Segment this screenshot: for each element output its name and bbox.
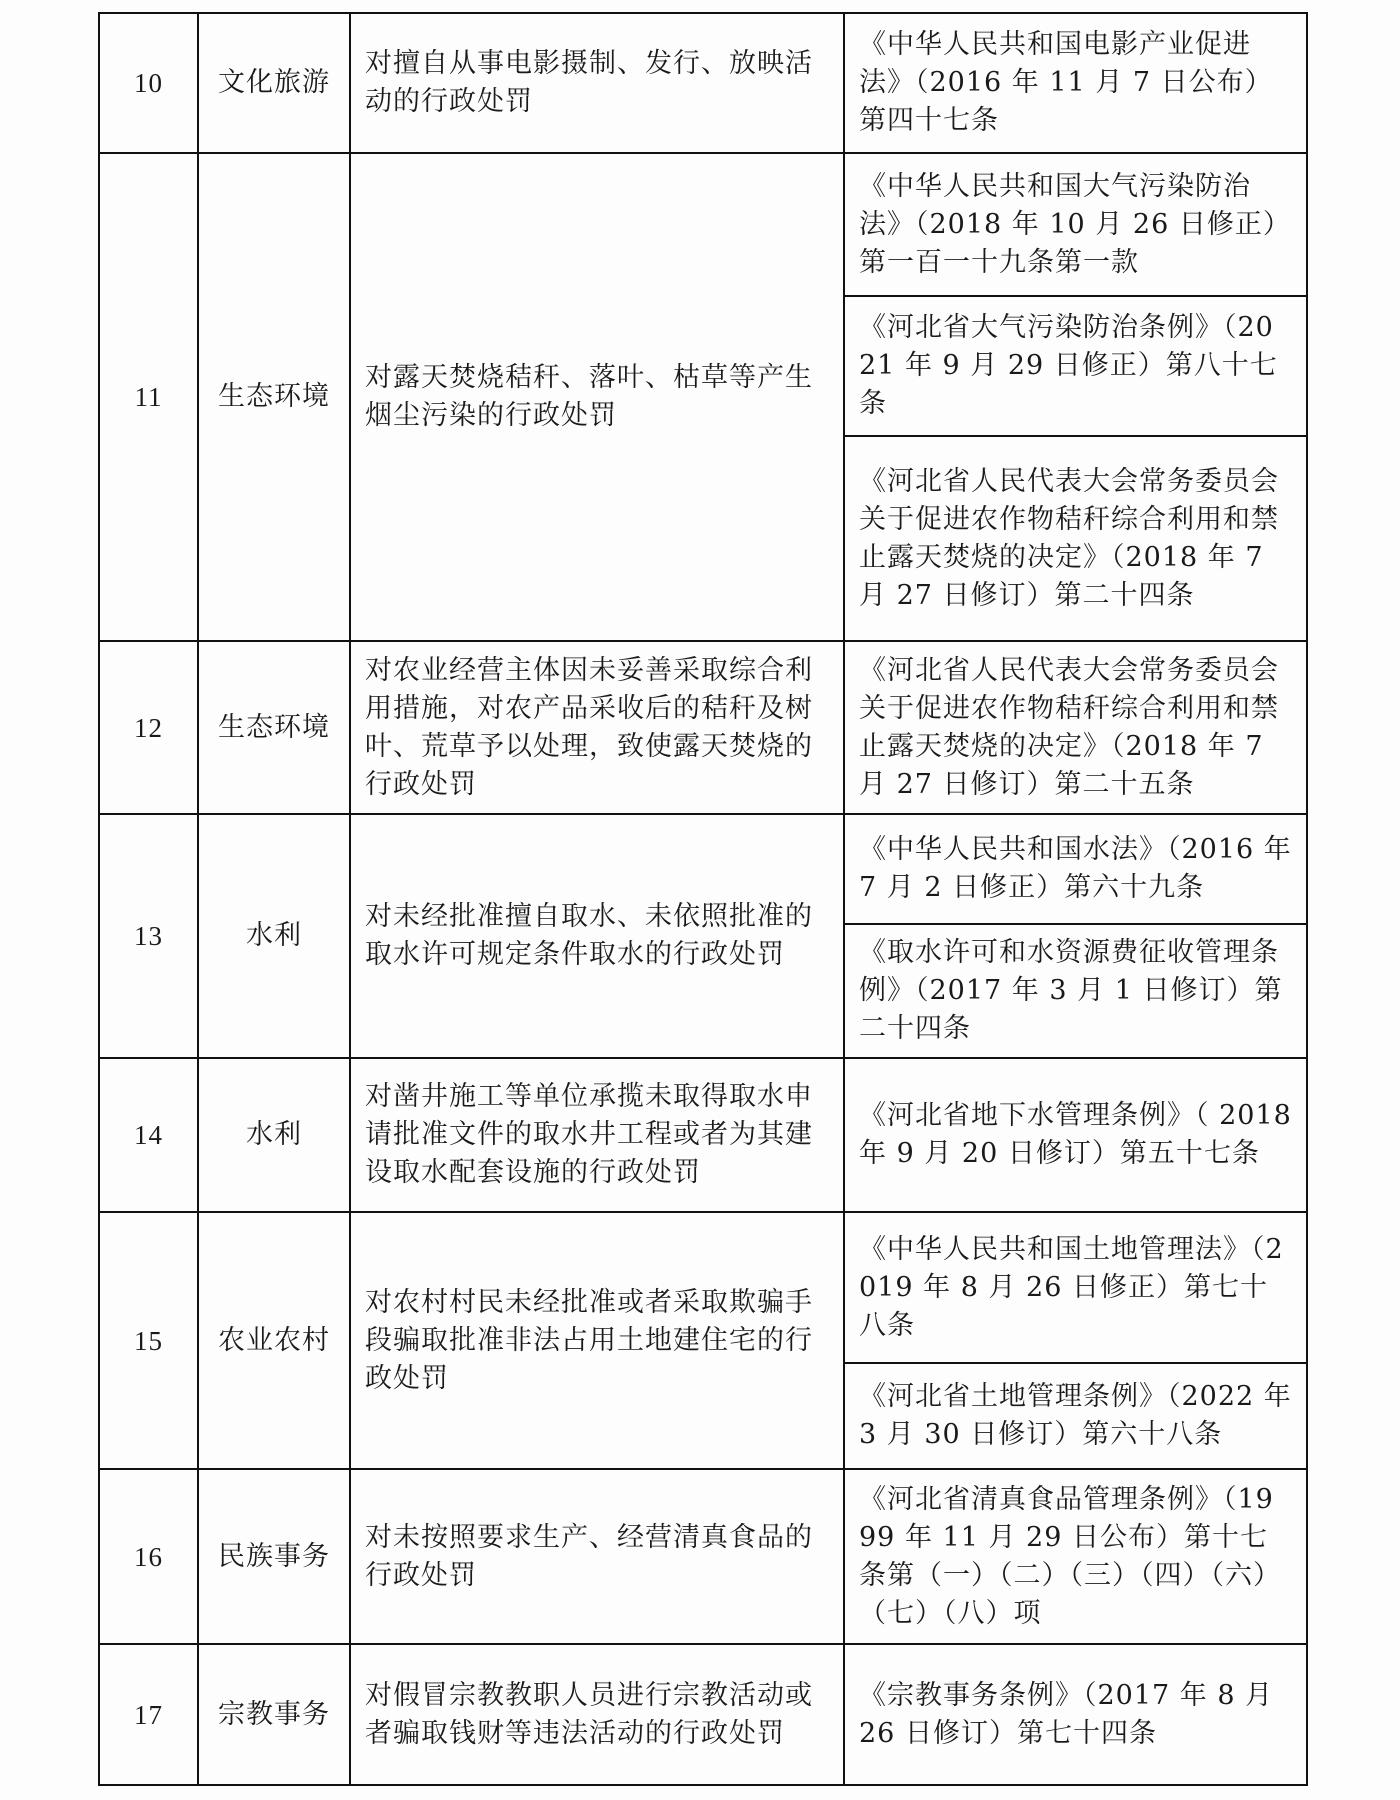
table-row: 11 生态环境 对露天焚烧秸秆、落叶、枯草等产生烟尘污染的行政处罚 《中华人民共… bbox=[99, 153, 1307, 296]
row-legal-basis: 《中华人民共和国水法》（2016 年 7 月 2 日修正）第六十九条 bbox=[844, 814, 1307, 924]
row-penalty-item: 对未经批准擅自取水、未依照批准的取水许可规定条件取水的行政处罚 bbox=[350, 814, 844, 1058]
row-penalty-item: 对露天焚烧秸秆、落叶、枯草等产生烟尘污染的行政处罚 bbox=[350, 153, 844, 641]
row-category: 生态环境 bbox=[198, 153, 350, 641]
row-penalty-item: 对未按照要求生产、经营清真食品的行政处罚 bbox=[350, 1469, 844, 1644]
table-row: 13 水利 对未经批准擅自取水、未依照批准的取水许可规定条件取水的行政处罚 《中… bbox=[99, 814, 1307, 924]
row-category: 生态环境 bbox=[198, 641, 350, 814]
document-page: 10 文化旅游 对擅自从事电影摄制、发行、放映活动的行政处罚 《中华人民共和国电… bbox=[0, 0, 1400, 1800]
row-legal-basis: 《取水许可和水资源费征收管理条例》（2017 年 3 月 1 日修订）第二十四条 bbox=[844, 924, 1307, 1058]
row-legal-basis: 《河北省人民代表大会常务委员会关于促进农作物秸秆综合利用和禁止露天焚烧的决定》（… bbox=[844, 436, 1307, 641]
row-category: 文化旅游 bbox=[198, 13, 350, 153]
row-number: 11 bbox=[99, 153, 198, 641]
row-number: 12 bbox=[99, 641, 198, 814]
row-penalty-item: 对擅自从事电影摄制、发行、放映活动的行政处罚 bbox=[350, 13, 844, 153]
row-number: 15 bbox=[99, 1212, 198, 1469]
row-legal-basis: 《中华人民共和国土地管理法》（2019 年 8 月 26 日修正）第七十八条 bbox=[844, 1212, 1307, 1363]
row-category: 民族事务 bbox=[198, 1469, 350, 1644]
row-legal-basis: 《中华人民共和国电影产业促进法》（2016 年 11 月 7 日公布）第四十七条 bbox=[844, 13, 1307, 153]
row-category: 宗教事务 bbox=[198, 1644, 350, 1785]
table-row: 10 文化旅游 对擅自从事电影摄制、发行、放映活动的行政处罚 《中华人民共和国电… bbox=[99, 13, 1307, 153]
row-category: 水利 bbox=[198, 814, 350, 1058]
row-legal-basis: 《河北省地下水管理条例》（ 2018 年 9 月 20 日修订）第五十七条 bbox=[844, 1058, 1307, 1212]
row-legal-basis: 《河北省土地管理条例》（2022 年 3 月 30 日修订）第六十八条 bbox=[844, 1363, 1307, 1469]
row-number: 10 bbox=[99, 13, 198, 153]
penalty-items-table: 10 文化旅游 对擅自从事电影摄制、发行、放映活动的行政处罚 《中华人民共和国电… bbox=[98, 12, 1308, 1786]
row-number: 17 bbox=[99, 1644, 198, 1785]
row-legal-basis: 《中华人民共和国大气污染防治法》（2018 年 10 月 26 日修正）第一百一… bbox=[844, 153, 1307, 296]
row-number: 16 bbox=[99, 1469, 198, 1644]
row-legal-basis: 《宗教事务条例》（2017 年 8 月 26 日修订）第七十四条 bbox=[844, 1644, 1307, 1785]
row-number: 13 bbox=[99, 814, 198, 1058]
table-row: 16 民族事务 对未按照要求生产、经营清真食品的行政处罚 《河北省清真食品管理条… bbox=[99, 1469, 1307, 1644]
table-row: 12 生态环境 对农业经营主体因未妥善采取综合利用措施，对农产品采收后的秸秆及树… bbox=[99, 641, 1307, 814]
table-row: 15 农业农村 对农村村民未经批准或者采取欺骗手段骗取批准非法占用土地建住宅的行… bbox=[99, 1212, 1307, 1363]
row-legal-basis: 《河北省大气污染防治条例》（2021 年 9 月 29 日修正）第八十七条 bbox=[844, 296, 1307, 436]
row-category: 水利 bbox=[198, 1058, 350, 1212]
table-row: 17 宗教事务 对假冒宗教教职人员进行宗教活动或者骗取钱财等违法活动的行政处罚 … bbox=[99, 1644, 1307, 1785]
row-category: 农业农村 bbox=[198, 1212, 350, 1469]
row-penalty-item: 对假冒宗教教职人员进行宗教活动或者骗取钱财等违法活动的行政处罚 bbox=[350, 1644, 844, 1785]
row-penalty-item: 对凿井施工等单位承揽未取得取水申请批准文件的取水井工程或者为其建设取水配套设施的… bbox=[350, 1058, 844, 1212]
table-row: 14 水利 对凿井施工等单位承揽未取得取水申请批准文件的取水井工程或者为其建设取… bbox=[99, 1058, 1307, 1212]
row-penalty-item: 对农业经营主体因未妥善采取综合利用措施，对农产品采收后的秸秆及树叶、荒草予以处理… bbox=[350, 641, 844, 814]
row-penalty-item: 对农村村民未经批准或者采取欺骗手段骗取批准非法占用土地建住宅的行政处罚 bbox=[350, 1212, 844, 1469]
row-legal-basis: 《河北省人民代表大会常务委员会关于促进农作物秸秆综合利用和禁止露天焚烧的决定》（… bbox=[844, 641, 1307, 814]
row-number: 14 bbox=[99, 1058, 198, 1212]
row-legal-basis: 《河北省清真食品管理条例》（1999 年 11 月 29 日公布）第十七条第（一… bbox=[844, 1469, 1307, 1644]
